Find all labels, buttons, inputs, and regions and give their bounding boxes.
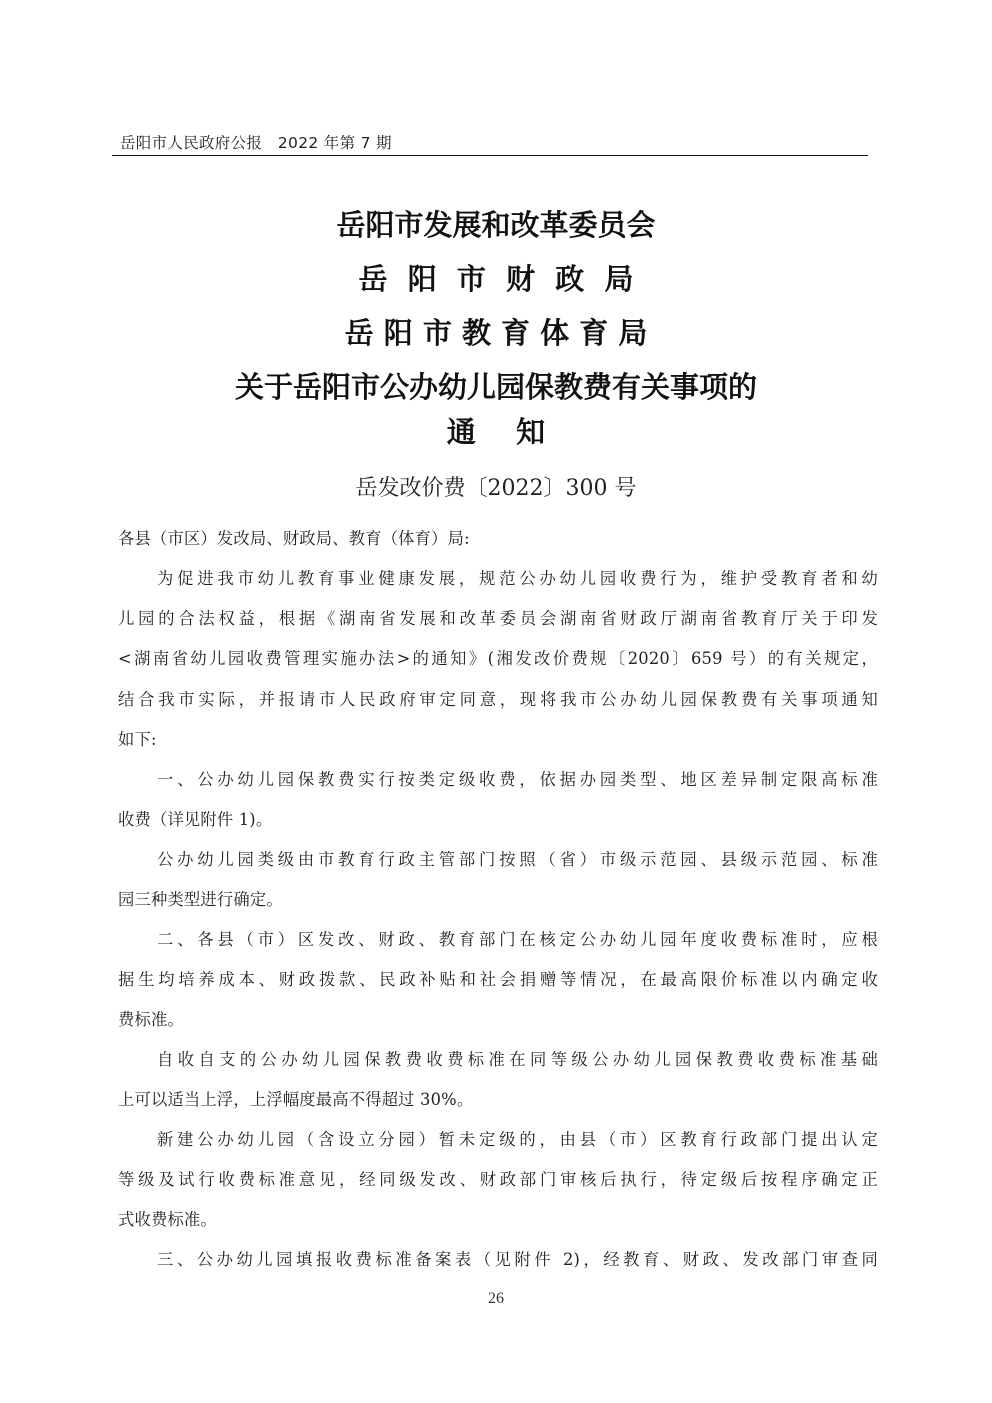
issuer-finance-bureau: 岳 阳 市 财 政 局 (0, 257, 992, 298)
document-number: 岳发改价费〔2022〕300 号 (0, 471, 992, 502)
section-2: 二、各县（市）区发改、财政、教育部门在核定公办幼儿园年度收费标准时，应根 (118, 928, 878, 952)
header-rule (112, 155, 868, 156)
issue-number: 2022 年第 7 期 (278, 134, 392, 152)
body-line: <湖南省幼儿园收费管理实施办法>的通知》(湘发改价费规〔2020〕659 号）的… (118, 647, 878, 671)
running-header: 岳阳市人民政府公报 2022 年第 7 期 (120, 131, 392, 153)
page-number: 26 (0, 1290, 992, 1308)
body-line: 自收自支的公办幼儿园保教费收费标准在同等级公办幼儿园保教费收费标准基础 (118, 1048, 878, 1072)
body-line: 新建公办幼儿园（含设立分园）暂未定级的，由县（市）区教育行政部门提出认定 (118, 1128, 878, 1152)
body-line: 收费（详见附件 1)。 (118, 808, 878, 832)
body-line: 儿园的合法权益，根据《湖南省发展和改革委员会湖南省财政厅湖南省教育厅关于印发 (118, 607, 878, 631)
body-line: 为促进我市幼儿教育事业健康发展，规范公办幼儿园收费行为，维护受教育者和幼 (118, 567, 878, 591)
body-line: 上可以适当上浮，上浮幅度最高不得超过 30%。 (118, 1088, 878, 1112)
body-line: 公办幼儿园类级由市教育行政主管部门按照（省）市级示范园、县级示范园、标准 (118, 848, 878, 872)
document-title-line1: 关于岳阳市公办幼儿园保教费有关事项的 (0, 365, 992, 406)
issuer-ndrc: 岳阳市发展和改革委员会 (0, 203, 992, 244)
body-line: 费标准。 (118, 1008, 878, 1032)
body-line: 园三种类型进行确定。 (118, 888, 878, 912)
document-page: 岳阳市人民政府公报 2022 年第 7 期 岳阳市发展和改革委员会 岳 阳 市 … (0, 0, 992, 1403)
body-line: 如下: (118, 728, 878, 752)
publication-name: 岳阳市人民政府公报 (120, 134, 262, 152)
body-line: 结合我市实际，并报请市人民政府审定同意，现将我市公办幼儿园保教费有关事项通知 (118, 688, 878, 712)
section-1: 一、公办幼儿园保教费实行按类定级收费，依据办园类型、地区差异制定限高标准 (118, 768, 878, 792)
body-line: 式收费标准。 (118, 1208, 878, 1232)
salutation: 各县（市区）发改局、财政局、教育（体育）局: (118, 527, 878, 551)
document-title-line2: 通 知 (0, 410, 992, 451)
issuer-education-bureau: 岳 阳 市 教 育 体 育 局 (0, 311, 992, 352)
body-line: 等级及试行收费标准意见，经同级发改、财政部门审核后执行，待定级后按程序确定正 (118, 1168, 878, 1192)
body-line: 据生均培养成本、财政拨款、民政补贴和社会捐赠等情况，在最高限价标准以内确定收 (118, 968, 878, 992)
section-3: 三、公办幼儿园填报收费标准备案表（见附件 2)，经教育、财政、发改部门审查同 (118, 1248, 878, 1272)
